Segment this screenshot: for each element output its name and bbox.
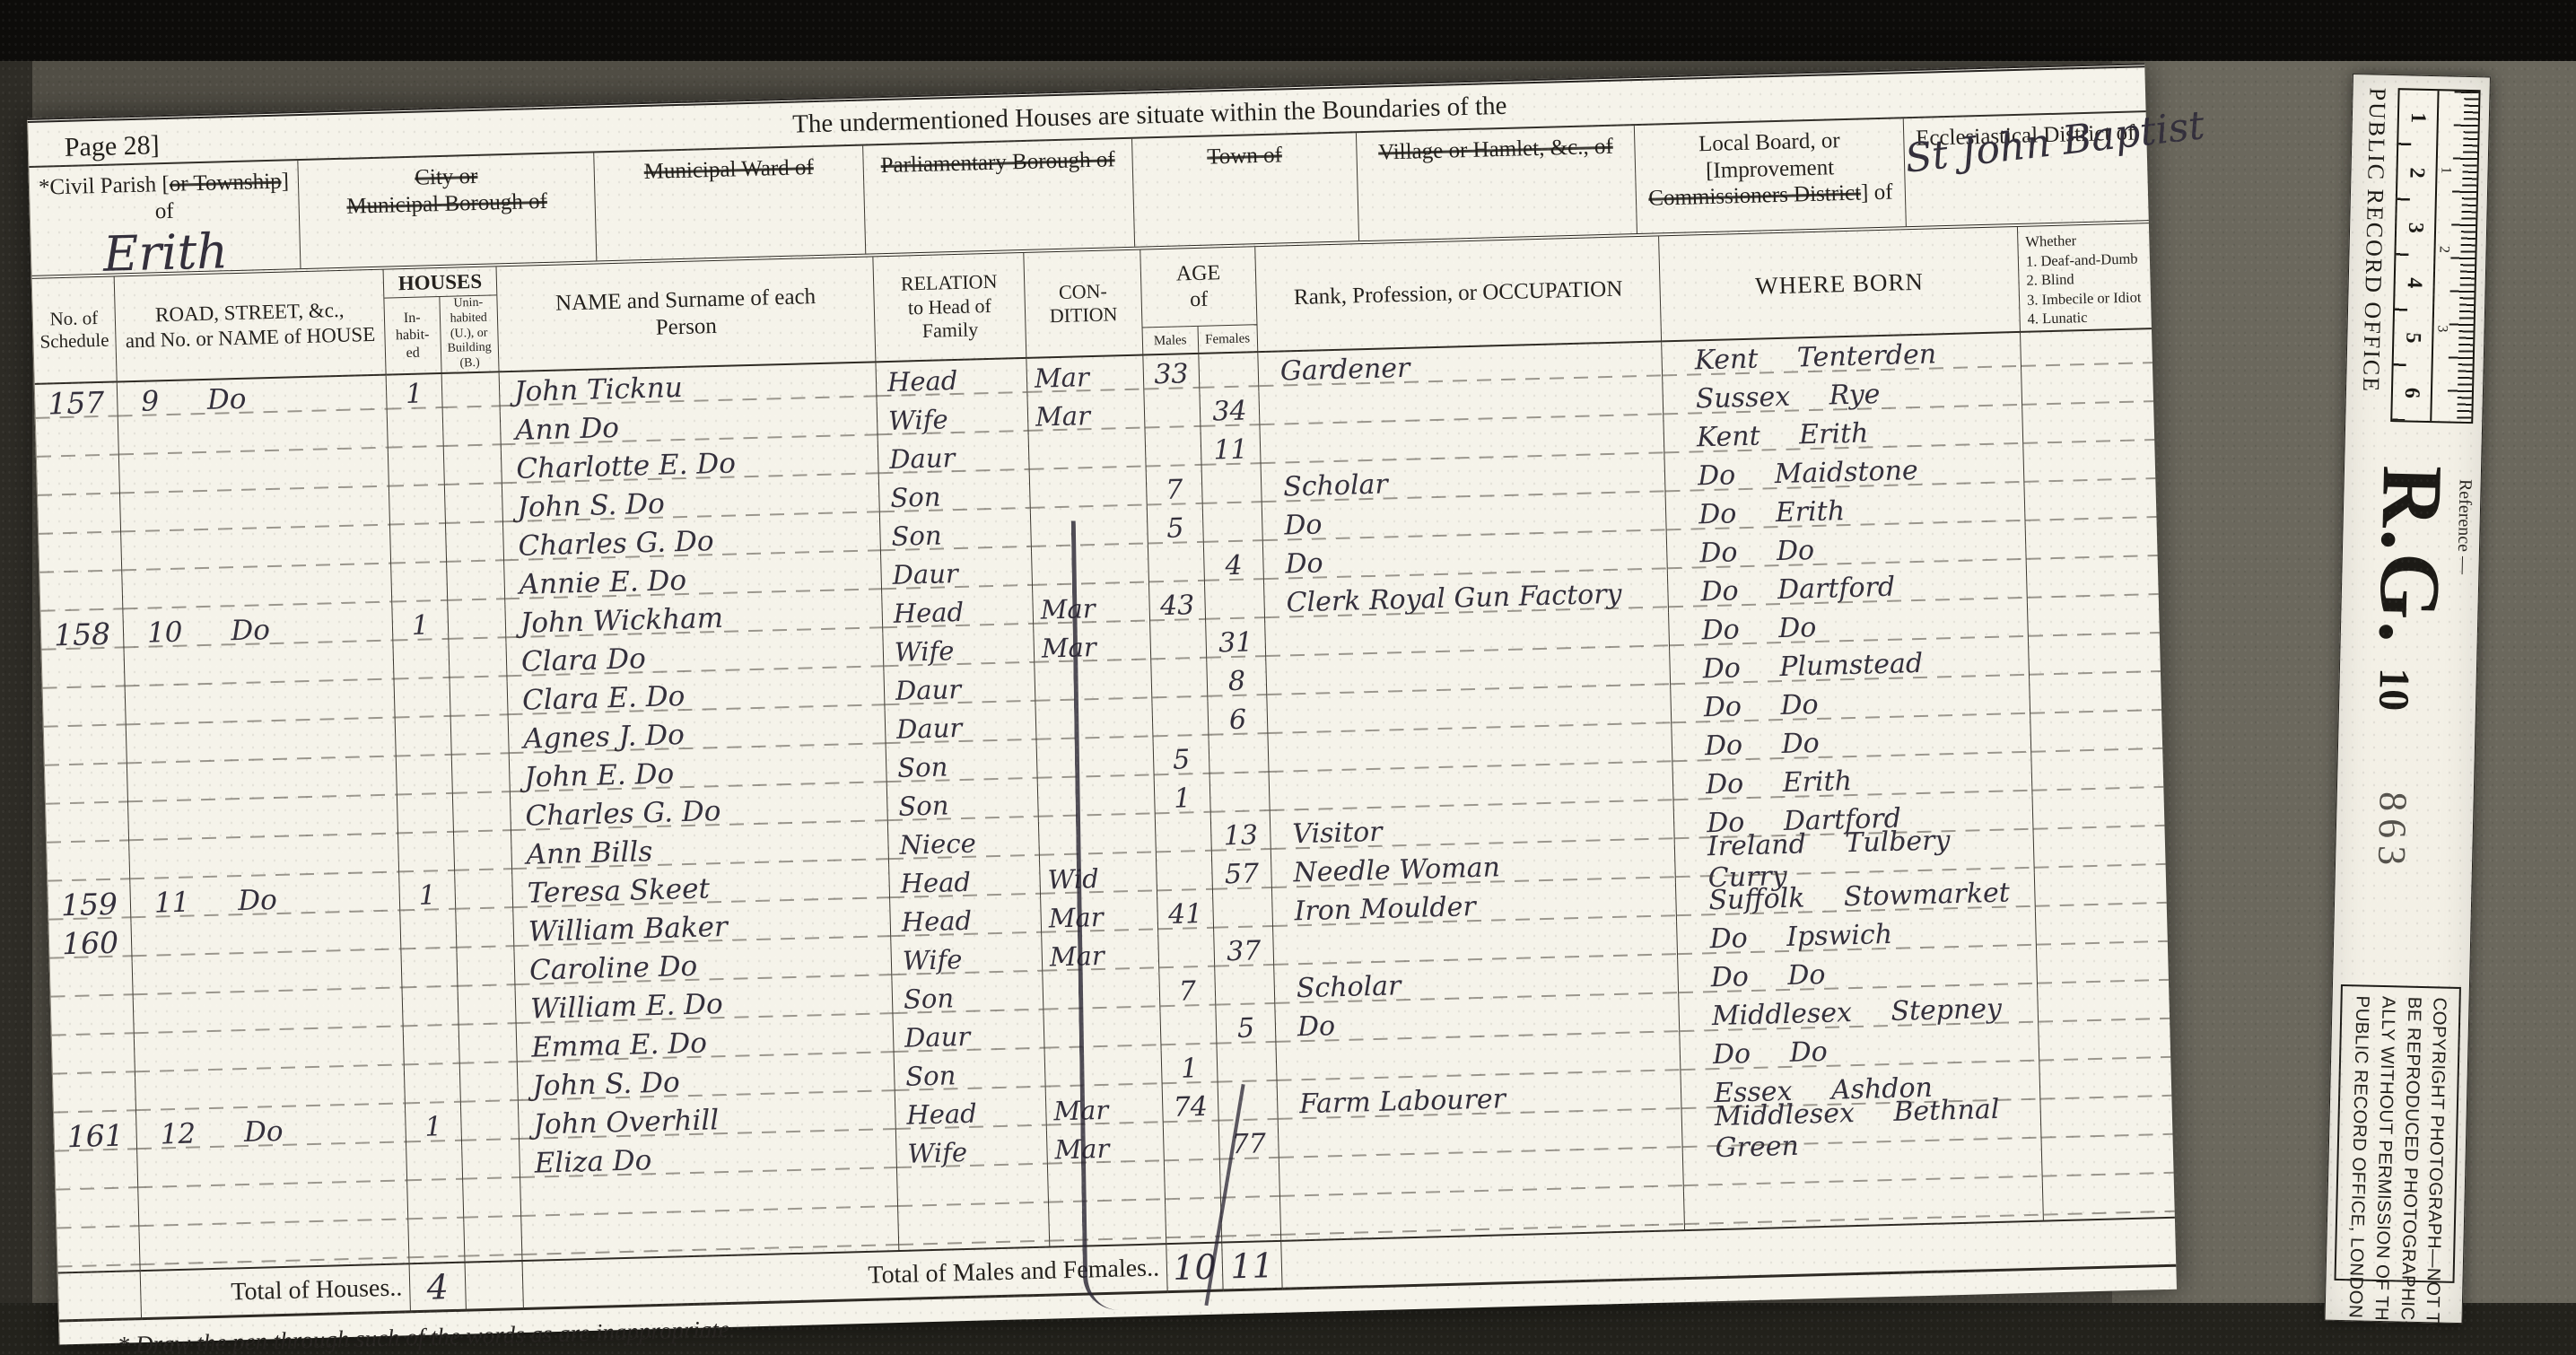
cell-schedule <box>42 652 126 693</box>
cell-condition <box>1048 1166 1166 1207</box>
cell-relation <box>898 1208 1050 1250</box>
cell-condition <box>1031 510 1148 551</box>
cell-inhabited: 1 <box>392 606 449 646</box>
cell-schedule <box>39 575 123 616</box>
cell-relation: Head <box>876 359 1027 401</box>
cell-relation: Head <box>882 590 1034 633</box>
cell-infirmity <box>2043 1178 2175 1220</box>
cell-schedule: 157 <box>35 382 118 423</box>
cell-age-female <box>1215 970 1275 1010</box>
ruler-inch-number: 5 <box>2401 332 2425 344</box>
cell-condition: Mar <box>1026 356 1144 398</box>
cell-uninhabited <box>450 681 509 721</box>
cell-age-female <box>1202 468 1262 509</box>
cell-age-female <box>1213 893 1273 933</box>
cell-relation: Daur <box>881 552 1033 594</box>
col-header-name: NAME and Surname of each Person <box>497 257 877 372</box>
cell-relation: Daur <box>886 706 1037 748</box>
cell-age-female: 57 <box>1212 854 1272 895</box>
cell-age-male: 43 <box>1149 586 1206 626</box>
pro-label-strip: 123 123456 PUBLIC RECORD OFFICE Referenc… <box>2324 74 2490 1324</box>
cell-infirmity <box>2041 1101 2173 1143</box>
header-field: Parliamentary Borough of <box>863 139 1135 254</box>
ruler-inch-number: 6 <box>2399 388 2423 399</box>
cell-age-male <box>1156 817 1212 858</box>
cell-age-male: 5 <box>1154 740 1210 781</box>
cell-infirmity <box>2021 329 2152 372</box>
col-header-occupation: Rank, Profession, or OCCUPATION <box>1255 236 1662 353</box>
cell-schedule <box>37 459 120 500</box>
cell-inhabited <box>397 760 453 800</box>
totals-empty-cell <box>466 1260 524 1312</box>
header-field-label: Parliamentary Borough of <box>863 146 1132 179</box>
cell-infirmity <box>2028 599 2160 642</box>
cell-age-male: 41 <box>1157 895 1214 935</box>
cell-relation: Wife <box>891 938 1043 980</box>
cell-age-female <box>1218 1086 1279 1126</box>
cell-uninhabited <box>455 874 513 914</box>
cell-infirmity <box>2023 445 2155 487</box>
cell-relation: Son <box>880 513 1032 555</box>
census-page: Page 28] The undermentioned Houses are s… <box>27 63 2177 1344</box>
cell-age-male <box>1166 1203 1222 1244</box>
series-code: R.G. <box>2366 465 2457 646</box>
page-number-label: Page 28] <box>64 130 160 163</box>
cell-inhabited: 1 <box>399 876 456 916</box>
header-field-value: St John Baptist <box>1903 109 2149 181</box>
cell-age-male: 74 <box>1163 1088 1219 1128</box>
cell-uninhabited <box>444 450 502 490</box>
cell-schedule <box>51 1000 135 1040</box>
cell-inhabited <box>391 567 448 608</box>
total-houses-label: Total of Houses.. <box>141 1263 411 1320</box>
col-header-where-born: WHERE BORN <box>1659 227 2021 342</box>
header-field-label: Village or Hamlet, &c., of <box>1357 133 1635 167</box>
header-field: *Civil Parish [or Township] of Erith <box>29 161 301 275</box>
cell-schedule: 158 <box>41 614 125 654</box>
cell-inhabited <box>403 992 459 1032</box>
col-header-females: Females <box>1198 325 1257 353</box>
label-copyright-section: COPYRIGHT PHOTOGRAPH—NOT TOBE REPRODUCED… <box>2334 984 2461 1283</box>
cell-condition <box>1043 973 1160 1014</box>
cell-age-female: 5 <box>1216 1009 1276 1049</box>
cell-age-male <box>1151 663 1208 704</box>
header-field: Village or Hamlet, &c., of <box>1357 126 1637 240</box>
cell-relation <box>897 1169 1049 1211</box>
ruler: 123 123456 <box>2390 88 2480 424</box>
cell-age-male <box>1144 393 1201 433</box>
cell-age-male: 5 <box>1148 509 1204 549</box>
label-reference-section: Reference — R.G. 10 863 <box>2333 433 2482 983</box>
pro-label-content: 123 123456 PUBLIC RECORD OFFICE Referenc… <box>2325 74 2489 1323</box>
scan-top-edge <box>0 0 2576 61</box>
cell-condition <box>1037 741 1155 782</box>
cell-inhabited <box>400 914 457 955</box>
cell-relation: Daur <box>878 436 1030 478</box>
header-field-label: Local Board, or [Improvement Commissione… <box>1635 126 1905 212</box>
cell-relation: Son <box>879 475 1031 517</box>
cell-relation: Niece <box>888 822 1040 864</box>
cell-inhabited <box>406 1146 463 1186</box>
cell-schedule: 161 <box>54 1115 137 1156</box>
cell-relation: Son <box>887 783 1039 826</box>
cell-age-female: 37 <box>1214 931 1274 972</box>
cell-schedule: 159 <box>48 884 131 924</box>
ruler-inch-number: 2 <box>2405 167 2429 179</box>
cell-relation: Head <box>890 899 1042 941</box>
cell-infirmity <box>2038 985 2170 1027</box>
reference-label: Reference — <box>2452 479 2475 575</box>
cell-inhabited <box>404 1030 460 1071</box>
col-header-road: ROAD, STREET, &c., and No. or NAME of HO… <box>115 270 387 383</box>
cell-inhabited <box>405 1069 461 1109</box>
cell-inhabited <box>395 683 451 723</box>
label-ruler-section: 123 123456 PUBLIC RECORD OFFICE <box>2345 74 2490 436</box>
cell-infirmity <box>2027 561 2159 603</box>
col-header-houses: HOUSES In- habit- ed Unin- habited (U.),… <box>384 267 500 375</box>
cell-condition: Mar <box>1033 587 1150 628</box>
cell-infirmity <box>2034 831 2166 873</box>
cell-inhabited <box>402 953 458 993</box>
totals-empty-cell <box>58 1270 142 1322</box>
cell-relation: Son <box>895 1053 1046 1096</box>
cell-infirmity <box>2039 1062 2171 1105</box>
cell-age-female <box>1199 353 1259 393</box>
total-males-value: 10 <box>1166 1242 1223 1294</box>
cell-condition: Mar <box>1034 625 1151 667</box>
ruler-inch-number: 3 <box>2403 223 2427 234</box>
cell-age-male <box>1148 547 1205 588</box>
cell-age-female: 34 <box>1200 391 1260 432</box>
ruler-cm-scale: 123 <box>2430 91 2478 422</box>
cell-relation: Head <box>889 861 1041 903</box>
cell-schedule <box>56 1193 139 1233</box>
cell-age-male <box>1164 1126 1220 1167</box>
cell-uninhabited <box>452 758 511 799</box>
cell-condition <box>1049 1204 1166 1246</box>
cell-uninhabited <box>462 1144 520 1185</box>
cell-relation: Head <box>895 1092 1047 1134</box>
total-houses-value: 4 <box>410 1262 467 1314</box>
cell-schedule <box>38 498 121 538</box>
cell-infirmity <box>2030 677 2161 719</box>
cell-age-female: 13 <box>1211 816 1271 856</box>
cell-uninhabited <box>447 565 505 606</box>
reference-number: 863 <box>2369 791 2416 873</box>
cell-relation: Son <box>886 745 1038 787</box>
census-table: No. of Schedule ROAD, STREET, &c., and N… <box>32 223 2177 1322</box>
cell-inhabited <box>397 799 454 839</box>
cell-infirmity <box>2033 792 2165 835</box>
cell-schedule <box>46 807 129 847</box>
header-field: Municipal Ward of <box>594 146 866 261</box>
cell-infirmity <box>2025 484 2157 526</box>
cell-uninhabited <box>460 1067 519 1107</box>
cell-condition: Mar <box>1047 1127 1165 1168</box>
cell-uninhabited <box>451 720 510 760</box>
cell-condition: Mar <box>1042 934 1159 975</box>
cell-infirmity <box>2037 947 2169 989</box>
office-name: PUBLIC RECORD OFFICE <box>2354 87 2392 422</box>
cell-relation: Daur <box>894 1015 1045 1057</box>
cell-age-female <box>1203 507 1263 547</box>
cell-uninhabited <box>453 797 511 837</box>
header-field-label: Town of <box>1132 140 1357 172</box>
cell-condition <box>1044 1011 1162 1053</box>
col-header-condition: CON- DITION <box>1024 250 1143 359</box>
cell-schedule <box>50 961 134 1001</box>
cell-schedule <box>45 768 128 809</box>
ruler-cm-number: 1 <box>2437 166 2453 173</box>
cell-condition <box>1039 818 1157 860</box>
cell-age-female: 11 <box>1201 430 1262 470</box>
cell-schedule <box>57 1231 141 1272</box>
cell-age-female: 8 <box>1207 661 1267 702</box>
ruler-inch-number: 4 <box>2402 277 2426 289</box>
cell-uninhabited <box>454 835 512 876</box>
cell-infirmity <box>2026 522 2158 564</box>
cell-condition <box>1045 1050 1163 1091</box>
cell-schedule <box>43 691 127 731</box>
cell-relation: Wife <box>878 398 1029 440</box>
col-header-relation: RELATION to Head of Family <box>873 253 1026 363</box>
cell-age-male <box>1150 625 1207 665</box>
header-field-label: Municipal Ward of <box>594 153 863 187</box>
col-header-age-title: AGE of <box>1140 247 1256 327</box>
cell-age-female: 77 <box>1219 1124 1279 1165</box>
cell-condition <box>1032 548 1149 590</box>
cell-condition <box>1035 664 1152 705</box>
cell-uninhabited <box>463 1183 521 1223</box>
header-field-label: City or Municipal Borough of <box>299 160 595 221</box>
cell-schedule <box>39 537 122 577</box>
cell-uninhabited <box>464 1221 522 1262</box>
cell-infirmity <box>2035 870 2167 912</box>
cell-age-male <box>1160 1010 1217 1051</box>
cell-infirmity <box>2030 715 2162 757</box>
cell-uninhabited <box>446 527 504 567</box>
cell-age-male: 1 <box>1162 1049 1218 1089</box>
col-header-infirmity: Whether 1. Deaf-and-Dumb 2. Blind 3. Imb… <box>2018 223 2152 333</box>
cell-relation: Wife <box>896 1131 1048 1173</box>
cell-condition <box>1029 433 1147 474</box>
header-field: City or Municipal Borough of <box>298 153 597 268</box>
ruler-inch-scale: 123456 <box>2392 90 2437 421</box>
col-header-schedule: No. of Schedule <box>32 277 118 385</box>
ruler-cm-number: 3 <box>2433 325 2449 332</box>
cell-inhabited <box>389 451 445 492</box>
cell-schedule <box>52 1038 135 1079</box>
cell-age-male: 7 <box>1147 470 1203 511</box>
header-field: Town of <box>1132 133 1359 247</box>
cell-schedule <box>55 1154 138 1194</box>
cell-inhabited <box>408 1223 465 1263</box>
cell-road <box>140 1224 410 1270</box>
cell-infirmity <box>2042 1140 2174 1182</box>
cell-uninhabited <box>442 372 501 413</box>
cell-schedule <box>53 1077 136 1117</box>
cell-infirmity <box>2039 1024 2170 1066</box>
cell-age-female <box>1205 584 1265 625</box>
cell-infirmity <box>2031 754 2163 796</box>
cell-inhabited <box>394 644 450 685</box>
cell-schedule <box>47 845 130 886</box>
cell-age-male <box>1152 702 1209 742</box>
cell-schedule <box>36 421 119 461</box>
copyright-box: COPYRIGHT PHOTOGRAPH—NOT TOBE REPRODUCED… <box>2334 984 2461 1283</box>
cell-inhabited <box>407 1185 464 1225</box>
cell-uninhabited <box>443 411 502 451</box>
cell-age-male: 33 <box>1143 354 1200 395</box>
header-field-label: *Civil Parish [or Township] of <box>30 168 299 228</box>
cell-age-female <box>1209 739 1270 779</box>
col-header-uninhabited: Unin- habited (U.), or Building (B.) <box>440 295 499 372</box>
cell-age-female <box>1210 777 1271 817</box>
cell-uninhabited <box>448 604 506 644</box>
col-header-inhabited: In- habit- ed <box>384 297 441 374</box>
cell-condition <box>1038 780 1156 821</box>
header-field: Local Board, or [Improvement Commissione… <box>1635 118 1907 233</box>
cell-schedule <box>44 730 127 770</box>
cell-condition <box>1036 703 1154 744</box>
cell-inhabited <box>390 529 447 569</box>
cell-infirmity <box>2022 368 2153 410</box>
cell-age-female <box>1218 1047 1278 1088</box>
series-number: 10 <box>2369 668 2419 712</box>
col-header-males: Males <box>1143 327 1199 354</box>
cell-uninhabited <box>459 1028 518 1069</box>
cell-infirmity <box>2036 908 2168 950</box>
cell-inhabited <box>396 721 452 762</box>
cell-relation: Son <box>892 976 1043 1018</box>
cell-infirmity <box>2022 406 2154 449</box>
cell-condition: Mar <box>1041 896 1158 937</box>
ruler-cm-number: 2 <box>2435 246 2451 253</box>
cell-relation: Wife <box>883 629 1035 671</box>
cell-condition: Wid <box>1040 857 1157 898</box>
cell-age-male <box>1157 856 1213 896</box>
cell-relation: Daur <box>884 668 1035 710</box>
cell-age-female <box>1220 1163 1280 1203</box>
cell-age-male <box>1158 933 1215 974</box>
header-field: Ecclesiastical District of St John Bapti… <box>1904 112 2149 226</box>
cell-age-male <box>1165 1165 1221 1205</box>
cell-uninhabited <box>458 990 517 1030</box>
cell-uninhabited <box>458 951 516 992</box>
col-header-houses-title: HOUSES <box>384 267 497 298</box>
cell-infirmity <box>2029 638 2161 680</box>
cell-condition: Mar <box>1028 395 1146 436</box>
cell-uninhabited <box>445 488 503 529</box>
ruler-inch-number: 1 <box>2406 112 2430 124</box>
cell-condition: Mar <box>1046 1088 1164 1130</box>
cell-age-female: 6 <box>1208 700 1268 740</box>
cell-age-female: 31 <box>1206 623 1266 663</box>
cell-age-female <box>1221 1202 1281 1242</box>
cell-inhabited <box>398 837 455 878</box>
cell-inhabited <box>388 413 444 453</box>
cell-condition <box>1030 471 1148 512</box>
total-females-value: 11 <box>1222 1240 1282 1292</box>
cell-age-male: 1 <box>1155 779 1211 819</box>
cell-inhabited: 1 <box>406 1107 462 1148</box>
scan-background: Page 28] The undermentioned Houses are s… <box>0 0 2576 1355</box>
cell-uninhabited <box>456 913 514 953</box>
cell-age-male: 7 <box>1159 972 1216 1012</box>
cell-uninhabited <box>461 1106 520 1146</box>
cell-schedule: 160 <box>49 922 133 963</box>
cell-inhabited <box>389 490 446 530</box>
cell-age-female: 4 <box>1204 546 1264 586</box>
cell-uninhabited <box>449 643 507 683</box>
col-header-age: AGE of Males Females <box>1140 247 1258 355</box>
cell-age-male <box>1146 432 1202 472</box>
cell-inhabited: 1 <box>387 374 443 415</box>
